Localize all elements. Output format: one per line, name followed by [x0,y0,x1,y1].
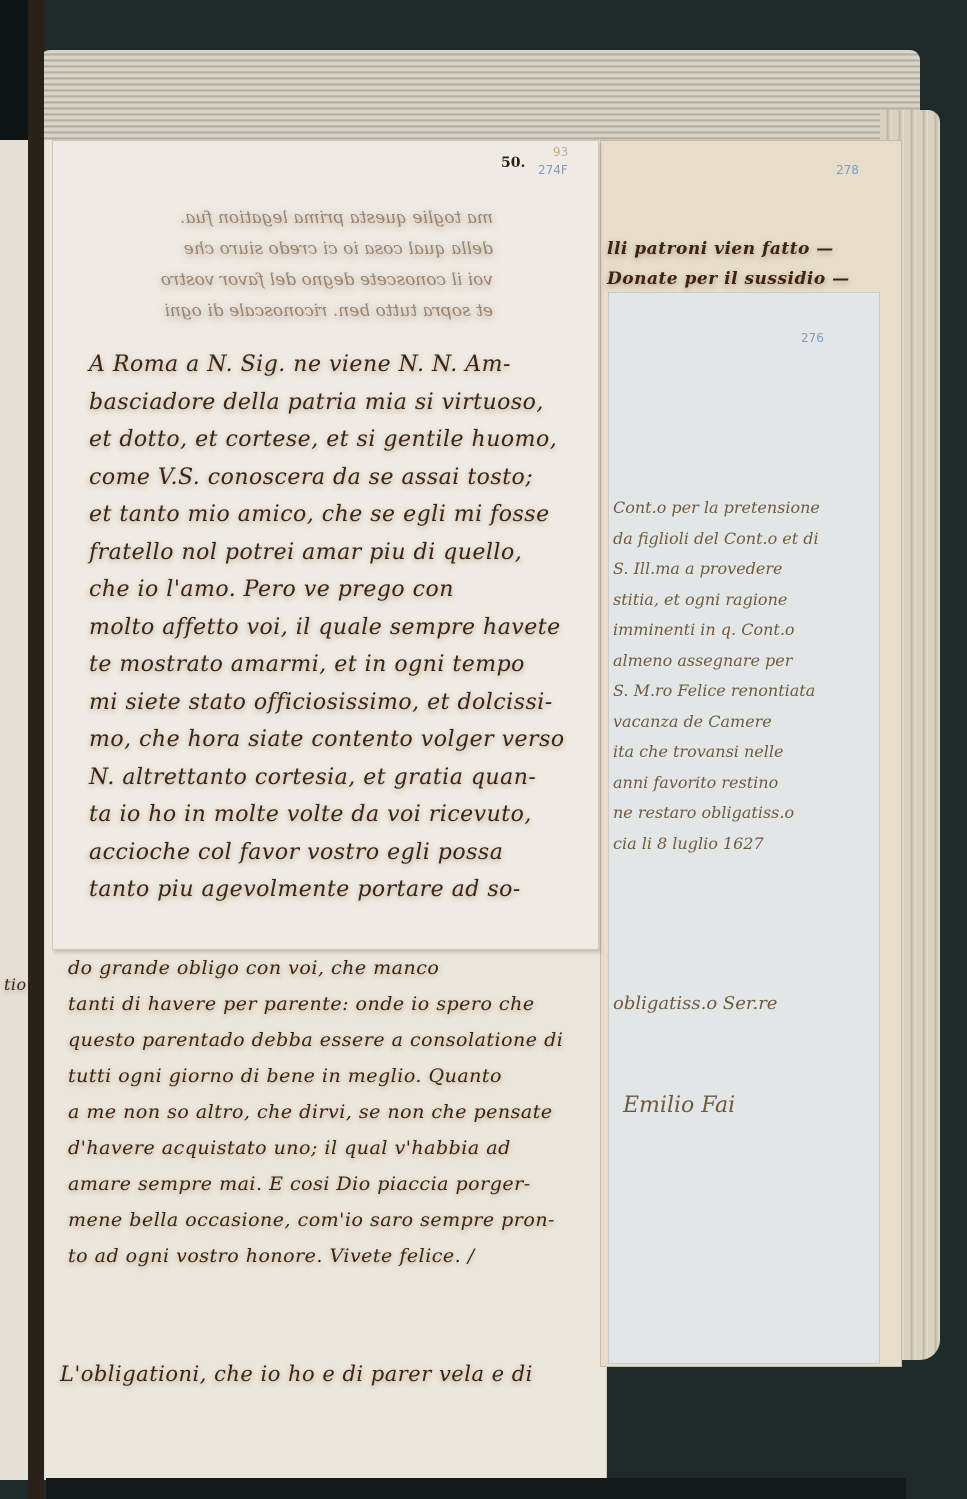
text-line: Cont.o per la pretensione [613,493,820,524]
signature: Emilio Fai [623,1093,735,1118]
mirrored-line: ma toglie questa prima legation fua. [103,203,493,234]
text-line: do grande obligo con voi, che manco [68,950,563,986]
left-page-fragment: tio [4,975,27,994]
text-line: vacanza de Camere [613,707,820,738]
text-line: et dotto, et cortese, et si gentile huom… [89,421,565,459]
dark-background-left [0,0,28,140]
page-stack-top-edge [40,50,920,150]
text-line: questo parentado debba essere a consolat… [68,1022,563,1058]
corner-number: 93 [553,145,568,159]
text-line: to ad ogni vostro honore. Vivete felice.… [68,1238,563,1274]
folio-278-text: lli patroni vien fatto — Donate per il s… [607,234,850,294]
text-line: amare sempre mai. E cosi Dio piaccia por… [68,1166,563,1202]
mirrored-line: et sopra tutto ben. riconoscale di ogni [103,296,493,327]
text-line: tanto piu agevolmente portare ad so- [89,871,565,909]
text-line: da figlioli del Cont.o et di [613,524,820,555]
folio-number: 50. [501,155,525,171]
text-line: A Roma a N. Sig. ne viene N. N. Am- [89,346,565,384]
text-line: mene bella occasione, com'io saro sempre… [68,1202,563,1238]
text-line: d'havere acquistato uno; il qual v'habbi… [68,1130,563,1166]
mirrored-line: della qual cosa io ci credo siuro che [103,234,493,265]
letter-bottom-text: do grande obligo con voi, che manco tant… [68,950,563,1274]
text-line: imminenti in q. Cont.o [613,615,820,646]
final-text-line: L'obligationi, che io ho e di parer vela… [60,1362,533,1386]
text-line: ne restaro obligatiss.o [613,798,820,829]
dark-background-bottom [46,1478,906,1499]
text-line: fratello nol potrei amar piu di quello, [89,534,565,572]
pencil-folio-number: 276 [801,331,824,345]
text-line: mi siete stato officiosissimo, et dolcis… [89,684,565,722]
text-line: ta io ho in molte volte da voi ricevuto, [89,796,565,834]
text-line: almeno assegnare per [613,646,820,677]
text-line: cia li 8 luglio 1627 [613,829,820,860]
text-line: ita che trovansi nelle [613,737,820,768]
mirrored-line: voi il conoscete degno del favor vostro [103,265,493,296]
text-line: tutti ogni giorno di bene in meglio. Qua… [68,1058,563,1094]
text-line: anni favorito restino [613,768,820,799]
folio-276-text: Cont.o per la pretensione da figlioli de… [613,493,820,859]
letter-top-page: 50. 274F 93 ma toglie questa prima legat… [52,140,599,950]
text-line: lli patroni vien fatto — [607,234,850,264]
text-line: a me non so altro, che dirvi, se non che… [68,1094,563,1130]
book-binding [28,0,44,1499]
text-line: te mostrato amarmi, et in ogni tempo [89,646,565,684]
folio-276-letter: 276 Cont.o per la pretensione da figliol… [608,292,880,1364]
text-line: tanti di havere per parente: onde io spe… [68,986,563,1022]
text-line: mo, che hora siate contento volger verso [89,721,565,759]
text-line: che io l'amo. Pero ve prego con [89,571,565,609]
pencil-folio-number: 278 [836,163,859,177]
text-line: N. altrettanto cortesia, et gratia quan- [89,759,565,797]
text-line: basciadore della patria mia si virtuoso, [89,384,565,422]
text-line: Donate per il sussidio — [607,264,850,294]
pencil-folio-number: 274F [538,163,568,177]
text-line: S. Ill.ma a provedere [613,554,820,585]
letter-top-text: A Roma a N. Sig. ne viene N. N. Am- basc… [89,346,565,909]
bleed-through-text: ma toglie questa prima legation fua. del… [103,203,493,327]
text-line: et tanto mio amico, che se egli mi fosse [89,496,565,534]
text-line: come V.S. conoscera da se assai tosto; [89,459,565,497]
text-line: molto affetto voi, il quale sempre havet… [89,609,565,647]
text-line: accioche col favor vostro egli possa [89,834,565,872]
closing-formula: obligatiss.o Ser.re [613,993,777,1014]
text-line: stitia, et ogni ragione [613,585,820,616]
text-line: S. M.ro Felice renontiata [613,676,820,707]
